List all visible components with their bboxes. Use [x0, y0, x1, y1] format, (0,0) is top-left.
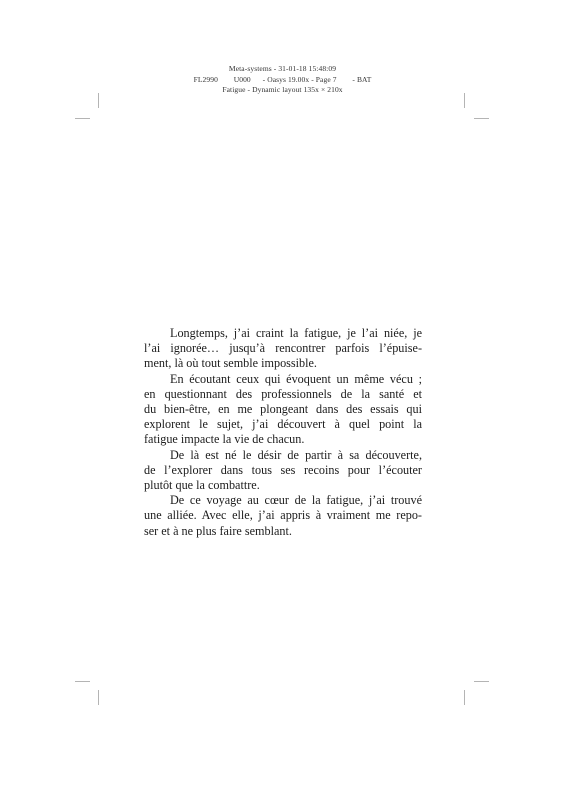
proof-header-line-layout: Fatigue - Dynamic layout 135x × 210x [0, 85, 565, 96]
text-line: De ce voyage au cœur de la fatigue, j’ai… [144, 493, 422, 508]
text-line: plutôt que la combattre. [144, 478, 422, 493]
text-line: Longtemps, j’ai craint la fatigue, je l’… [144, 326, 422, 341]
book-proof-page: Meta-systems - 31-01-18 15:48:09 FL2990 … [0, 0, 565, 800]
text-line: de l’explorer dans tous ses recoins pour… [144, 463, 422, 478]
crop-mark-bottom-left-horizontal [75, 681, 90, 682]
proof-header-line-timestamp: Meta-systems - 31-01-18 15:48:09 [0, 64, 565, 75]
crop-mark-bottom-left-vertical [98, 690, 99, 705]
text-line: En écoutant ceux qui évoquent un même vé… [144, 372, 422, 387]
body-text: Longtemps, j’ai craint la fatigue, je l’… [144, 326, 422, 539]
text-line: ser et à ne plus faire semblant. [144, 524, 422, 539]
text-line: du bien-être, en me plongeant dans des e… [144, 402, 422, 417]
text-line: une alliée. Avec elle, j’ai appris à vra… [144, 508, 422, 523]
proof-header-line-job-info: FL2990 U000 - Oasys 19.00x - Page 7 - BA… [0, 75, 565, 86]
text-line: De là est né le désir de partir à sa déc… [144, 448, 422, 463]
proof-header: Meta-systems - 31-01-18 15:48:09 FL2990 … [0, 64, 565, 96]
crop-mark-bottom-right-horizontal [474, 681, 489, 682]
crop-mark-bottom-right-vertical [464, 690, 465, 705]
text-line: ment, là où tout semble impossible. [144, 356, 422, 371]
crop-mark-top-left-horizontal [75, 118, 90, 119]
crop-mark-top-right-horizontal [474, 118, 489, 119]
crop-mark-top-left-vertical [98, 93, 99, 108]
crop-mark-top-right-vertical [464, 93, 465, 108]
text-line: explorent le sujet, j’ai découvert à que… [144, 417, 422, 432]
text-line: l’ai ignorée… jusqu’à rencontrer parfois… [144, 341, 422, 356]
text-line: en questionnant des professionnels de la… [144, 387, 422, 402]
text-line: fatigue impacte la vie de chacun. [144, 432, 422, 447]
